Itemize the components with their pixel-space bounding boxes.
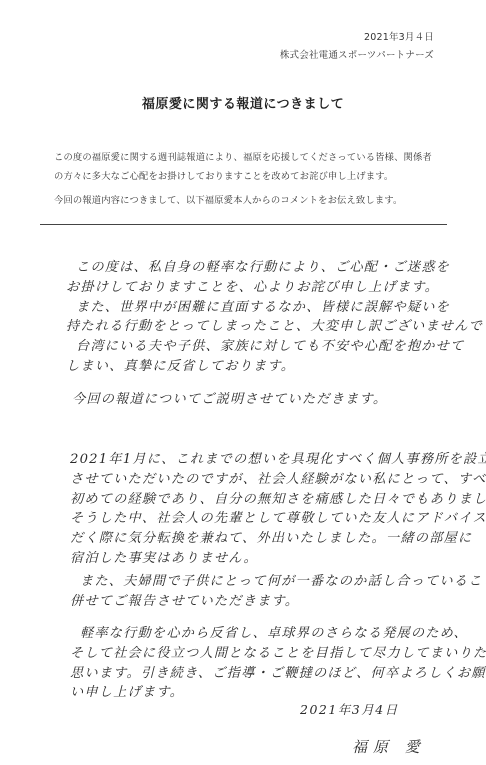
letter-line: 2021年1月に、これまでの想いを具現化すべく個人事務所を設立 bbox=[70, 450, 430, 470]
intro-paragraph-1: この度の福原愛に関する週刊誌報道により、福原を応援してくださっている皆様、関係者… bbox=[54, 148, 439, 186]
letter-line: 今回の報道についてご説明させていただきます。 bbox=[72, 390, 432, 410]
letter-line: させていただいたのですが、社会人経験がない私にとって、すべてが bbox=[70, 470, 430, 490]
letter-paragraph-2: 今回の報道についてご説明させていただきます。 bbox=[72, 390, 432, 410]
document-date: 2021年3月４日 bbox=[364, 29, 434, 43]
letter-line: 宿泊した事実はありません。 bbox=[70, 549, 430, 569]
letter-line: 思います。引き続き、ご指導・ご鞭撻のほど、何卒よろしくお願 bbox=[70, 664, 430, 684]
letter-line: そして社会に役立つ人間となることを目指して尽力してまいりたいと bbox=[70, 644, 430, 664]
letter-paragraph-4: また、夫婦間で子供にとって何が一番なのか話し合っていることも、 併せてご報告させ… bbox=[70, 572, 430, 612]
intro-line: の方々に多大なご心配をお掛けしておりますことを改めてお詫び申し上げます。 bbox=[54, 167, 439, 186]
letter-line: 軽率な行動を心から反省し、卓球界のさらなる発展のため、 bbox=[70, 624, 430, 644]
signature-name: 福原 愛 bbox=[352, 736, 426, 757]
document-title: 福原愛に関する報道につきまして bbox=[0, 93, 486, 112]
letter-line: そうした中、社会人の先輩として尊敬していた友人にアドバイスをいた bbox=[70, 509, 430, 529]
letter-line: 初めての経験であり、自分の無知さを痛感した日々でもありました。 bbox=[70, 490, 430, 510]
letter-line: また、夫婦間で子供にとって何が一番なのか話し合っていることも、 bbox=[70, 572, 430, 592]
intro-line: この度の福原愛に関する週刊誌報道により、福原を応援してくださっている皆様、関係者 bbox=[54, 148, 439, 167]
letter-line: 持たれる行動をとってしまったこと、大変申し訳ございませんでした。 bbox=[66, 317, 426, 337]
letter-paragraph-5: 軽率な行動を心から反省し、卓球界のさらなる発展のため、 そして社会に役立つ人間と… bbox=[70, 624, 430, 703]
letter-line: この度は、私自身の軽率な行動により、ご心配・ご迷惑を bbox=[66, 258, 426, 278]
company-name: 株式会社電通スポーツパートナーズ bbox=[280, 47, 434, 61]
letter-line: また、世界中が困難に直面するなか、皆様に誤解や疑いを bbox=[66, 298, 426, 318]
letter-line: 台湾にいる夫や子供、家族に対しても不安や心配を抱かせて bbox=[66, 337, 426, 357]
intro-paragraph-2: 今回の報道内容につきまして、以下福原愛本人からのコメントをお伝え致します。 bbox=[54, 191, 439, 210]
letter-line: お掛けしておりますことを、心よりお詫び申し上げます。 bbox=[66, 278, 426, 298]
letter-line: だく際に気分転換を兼ねて、外出いたしました。一緒の部屋に bbox=[70, 529, 430, 549]
letter-paragraph-3: 2021年1月に、これまでの想いを具現化すべく個人事務所を設立 させていただいた… bbox=[70, 450, 430, 569]
letter-paragraph-1: この度は、私自身の軽率な行動により、ご心配・ご迷惑を お掛けしておりますことを、… bbox=[66, 258, 426, 377]
section-divider bbox=[40, 224, 447, 225]
letter-line: 併せてご報告させていただきます。 bbox=[70, 592, 430, 612]
letter-line: しまい、真摯に反省しております。 bbox=[66, 357, 426, 377]
signature-date: 2021年3月4日 bbox=[300, 700, 399, 718]
